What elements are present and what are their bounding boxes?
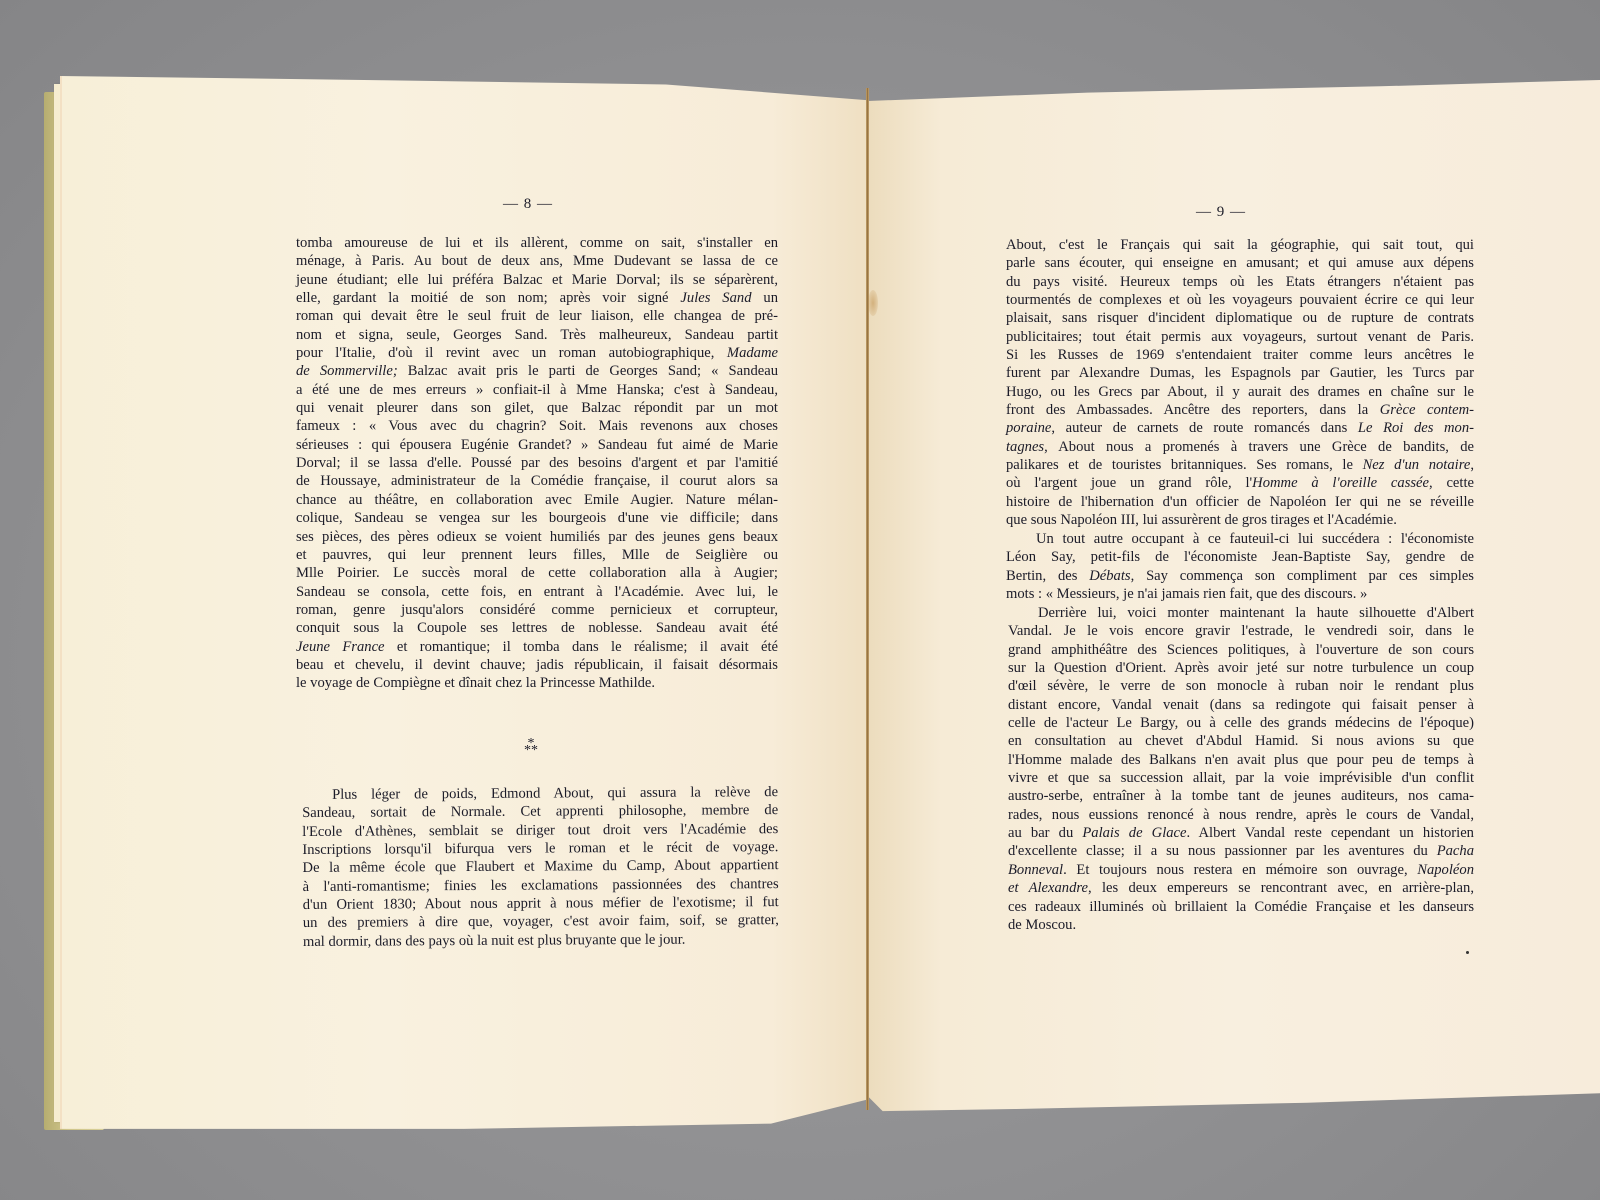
text-line: pour l'Italie, d'où il revint avec un ro… [296, 344, 778, 362]
text-line: publicitaires; tout était permis aux voy… [1006, 328, 1474, 346]
text-line: de Moscou. [1008, 916, 1474, 934]
text-line: Derrière lui, voici monter maintenant la… [1008, 604, 1474, 622]
text-line: un des premiers à dire que, voyager, c'e… [303, 911, 779, 932]
text-line: tagnes, About nous a promenés à travers … [1006, 438, 1474, 456]
text-line: colique, Sandeau se vengea sur les bourg… [296, 509, 778, 527]
section-break-asterism: *** [524, 740, 538, 754]
text-line: histoire de l'hibernation d'un officier … [1006, 493, 1474, 511]
text-line: tourmentés de complexes et où les voyage… [1006, 291, 1474, 309]
text-line: rades, nous eussions renoncé à nous rend… [1008, 806, 1474, 824]
text-line: au bar du Palais de Glace. Albert Vandal… [1008, 824, 1474, 842]
text-line: Sandeau, sortait de Normale. Cet apprent… [302, 801, 778, 822]
text-line: a été une de mes erreurs » confiait-il à… [296, 381, 778, 399]
text-line: Vandal. Je le vois encore gravir l'estra… [1008, 622, 1474, 640]
paper-stain [868, 290, 878, 316]
text-line: ménage, à Paris. Au bout de deux ans, Mm… [296, 252, 778, 270]
text-line: d'excellente classe; il a su nous passio… [1008, 842, 1474, 860]
text-line: tomba amoureuse de lui et ils allèrent, … [296, 234, 778, 252]
text-line: roman qui devait être le seul fruit de l… [296, 307, 778, 325]
text-line: Léon Say, petit-fils de l'économiste Jea… [1006, 548, 1474, 566]
text-line: Hugo, ou les Grecs par About, il y aurai… [1006, 383, 1474, 401]
book-gutter [866, 88, 869, 1110]
text-line: chance au théâtre, en collaboration avec… [296, 491, 778, 509]
text-line: ces radeaux illuminés où brillaient la C… [1008, 898, 1474, 916]
text-line: elle, gardant la moitié de son nom; aprè… [296, 289, 778, 307]
left-paragraph-1: tomba amoureuse de lui et ils allèrent, … [296, 234, 778, 693]
ink-speck [1466, 951, 1469, 954]
text-line: sérieuses : qui épousera Eugénie Grandet… [296, 436, 778, 454]
text-line: distant encore, Vandal venait (dans sa r… [1008, 696, 1474, 714]
text-line: d'œil sévère, le verre de son monocle à … [1008, 677, 1474, 695]
text-line: mots : « Messieurs, je n'ai jamais rien … [1006, 585, 1474, 603]
text-line: jeune étudiant; elle lui préféra Balzac … [296, 271, 778, 289]
text-line: l'Homme malade des Balkans n'en avait pl… [1008, 751, 1474, 769]
text-line: roman, genre jusqu'alors considéré comme… [296, 601, 778, 619]
text-line: Bertin, des Débats, Say commença son com… [1006, 567, 1474, 585]
text-line: Bonneval. Et toujours nous restera en mé… [1008, 861, 1474, 879]
text-line: Mlle Poirier. Le succès moral de cette c… [296, 564, 778, 582]
right-paragraph-2: Un tout autre occupant à ce fauteuil-ci … [1006, 530, 1474, 603]
text-line: About, c'est le Français qui sait la géo… [1006, 236, 1474, 254]
text-line: poraine, auteur de carnets de route roma… [1006, 419, 1474, 437]
right-paragraph-1: About, c'est le Français qui sait la géo… [1006, 236, 1474, 530]
text-line: ses pièces, des pères odieux se voient h… [296, 528, 778, 546]
text-line: austro-serbe, entraîner à la tombe tant … [1008, 787, 1474, 805]
text-line: Jeune France et romantique; il tomba dan… [296, 638, 778, 656]
right-page-number: — 9 — [1196, 204, 1246, 221]
text-line: beau et chevelu, il devint chauve; jadis… [296, 656, 778, 674]
text-line: celle de l'acteur Le Bargy, ou à celle d… [1008, 714, 1474, 732]
text-line: nom et signa, seule, Georges Sand. Très … [296, 326, 778, 344]
text-line: Dorval; il se lassa d'elle. Poussé par d… [296, 454, 778, 472]
text-line: grand amphithéâtre des Sciences politiqu… [1008, 641, 1474, 659]
right-paragraph-3: Derrière lui, voici monter maintenant la… [1008, 604, 1474, 934]
text-line: palikares et de touristes britanniques. … [1006, 456, 1474, 474]
text-line: mal dormir, dans des pays où la nuit est… [303, 930, 779, 951]
text-line: qui venait pleurer dans son gilet, que B… [296, 399, 778, 417]
text-line: parle sans écouter, qui enseigne en amus… [1006, 254, 1474, 272]
text-line: que sous Napoléon III, lui assurèrent de… [1006, 511, 1474, 529]
text-line: furent par Alexandre Dumas, les Espagnol… [1006, 364, 1474, 382]
text-line: Si les Russes de 1969 s'entendaient trai… [1006, 346, 1474, 364]
text-line: et Alexandre, les deux empereurs se renc… [1008, 879, 1474, 897]
text-line: vivre et que sa succession allait, par l… [1008, 769, 1474, 787]
text-line: du pays visité. Heureux temps où les Eta… [1006, 273, 1474, 291]
text-line: de Sommerville; Balzac avait pris le par… [296, 362, 778, 380]
text-line: Sandeau se consola, cette fois, en entra… [296, 583, 778, 601]
text-line: conquit sous la Coupole ses lettres de n… [296, 619, 778, 637]
text-line: et pauvres, qui leur prennent leurs fill… [296, 546, 778, 564]
text-line: front des Ambassades. Ancêtre des report… [1006, 401, 1474, 419]
text-line: de Houssaye, administrateur de la Comédi… [296, 472, 778, 490]
text-line: plaisait, sans risquer d'incident diplom… [1006, 309, 1474, 327]
text-line: où l'argent joue un grand rôle, l'Homme … [1006, 474, 1474, 492]
text-line: en consultation au chevet d'Abdul Hamid.… [1008, 732, 1474, 750]
text-line: fameux : « Vous avec du chagrin? Soit. M… [296, 417, 778, 435]
text-line: le voyage de Compiègne et dînait chez la… [296, 674, 778, 692]
text-line: sur la Question d'Orient. Après avoir je… [1008, 659, 1474, 677]
left-paragraph-2: Plus léger de poids, Edmond About, qui a… [302, 783, 779, 951]
left-page-number: — 8 — [503, 196, 553, 213]
text-line: Un tout autre occupant à ce fauteuil-ci … [1006, 530, 1474, 548]
